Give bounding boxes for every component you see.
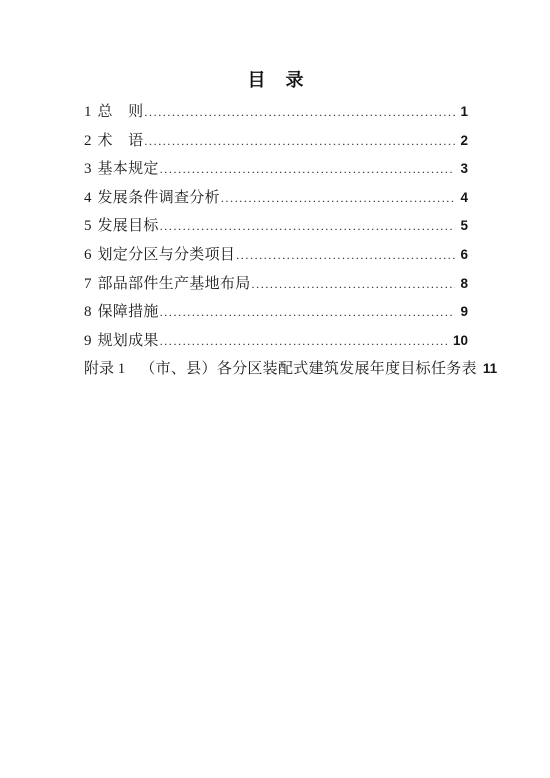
toc-entry-number: 4 — [84, 184, 92, 213]
toc-entry-appendix[interactable]: 附录 1 （市、县）各分区装配式建筑发展年度目标任务表 ............… — [84, 355, 468, 384]
toc-entry-number: 8 — [84, 298, 92, 327]
toc-entry-label: 规划成果 — [98, 327, 159, 356]
toc-entry-page: 3 — [460, 155, 468, 184]
toc-entry-label: 发展条件调查分析 — [98, 184, 220, 213]
dot-leader: ........................................… — [144, 98, 455, 127]
toc-entry[interactable]: 1 总 则 ..................................… — [84, 98, 468, 127]
dot-leader: ........................................… — [221, 184, 456, 213]
toc-entry-number: 6 — [84, 241, 92, 270]
toc-entry-number: 附录 1 — [84, 355, 125, 384]
toc-entry[interactable]: 8 保障措施 .................................… — [84, 298, 468, 327]
toc-entry-number: 1 — [84, 98, 92, 127]
toc-entry-page: 6 — [460, 241, 468, 270]
toc-entry-page: 2 — [460, 127, 468, 156]
toc-entry[interactable]: 5 发展目标 .................................… — [84, 212, 468, 241]
toc-entry-page: 9 — [460, 298, 468, 327]
dot-leader: ........................................… — [236, 241, 455, 270]
toc-entry-label: 部品部件生产基地布局 — [98, 270, 251, 299]
toc-entry-page: 4 — [460, 184, 468, 213]
toc-entry-page: 5 — [460, 212, 468, 241]
toc-list: 1 总 则 ..................................… — [84, 98, 468, 384]
toc-entry-page: 10 — [453, 327, 468, 356]
toc-entry-number: 2 — [84, 127, 92, 156]
toc-page: { "document": { "title": "目 录", "colors"… — [0, 0, 550, 778]
toc-entry-label: 划定分区与分类项目 — [98, 241, 236, 270]
toc-entry-page: 1 — [460, 98, 468, 127]
dot-leader: ........................................… — [160, 298, 456, 327]
toc-entry[interactable]: 3 基本规定 .................................… — [84, 155, 468, 184]
toc-entry-label: 总 则 — [98, 98, 144, 127]
toc-entry-label: （市、县）各分区装配式建筑发展年度目标任务表 — [140, 355, 477, 384]
dot-leader: ........................................… — [160, 327, 448, 356]
toc-entry-number: 9 — [84, 327, 92, 356]
dot-leader: ........................................… — [252, 270, 456, 299]
table-of-contents: 目 录 1 总 则 ..............................… — [84, 70, 468, 384]
toc-entry[interactable]: 7 部品部件生产基地布局 ...........................… — [84, 270, 468, 299]
page-title: 目 录 — [84, 70, 468, 90]
toc-entry-number: 7 — [84, 270, 92, 299]
toc-entry-label: 保障措施 — [98, 298, 159, 327]
toc-entry-label: 发展目标 — [98, 212, 159, 241]
toc-entry-number: 5 — [84, 212, 92, 241]
dot-leader: ........................................… — [144, 127, 455, 156]
toc-entry-label: 基本规定 — [98, 155, 159, 184]
toc-entry-page: 8 — [460, 270, 468, 299]
dot-leader: ........................................… — [160, 155, 456, 184]
toc-entry[interactable]: 6 划定分区与分类项目 ............................… — [84, 241, 468, 270]
toc-entry-label: 术 语 — [98, 127, 144, 156]
toc-entry-page: 11 — [483, 355, 497, 384]
dot-leader: ........................................… — [160, 212, 456, 241]
toc-entry[interactable]: 9 规划成果 .................................… — [84, 327, 468, 356]
toc-entry[interactable]: 2 术 语 ..................................… — [84, 127, 468, 156]
toc-entry[interactable]: 4 发展条件调查分析 .............................… — [84, 184, 468, 213]
toc-entry-number: 3 — [84, 155, 92, 184]
